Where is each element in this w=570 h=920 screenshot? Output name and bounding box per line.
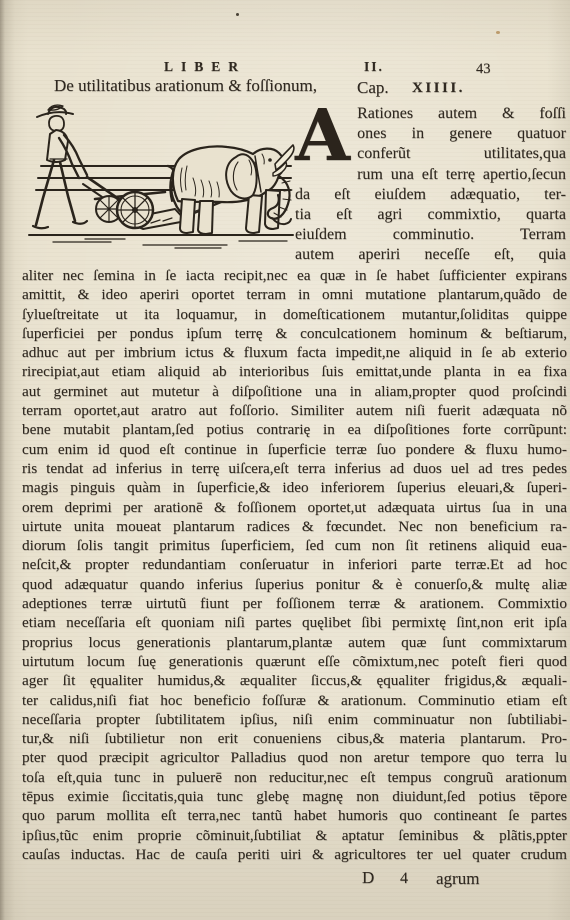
text-line: tia eſt agri commixtio, quarta bbox=[295, 205, 566, 225]
book-page: LIBER II. 43 De utilitatibus arationum &… bbox=[0, 0, 570, 920]
ground bbox=[29, 235, 293, 248]
text-line: diorum ſolis tangit primitus ſuperficiem… bbox=[22, 536, 567, 555]
text-line: da eſt eiuſdem adæquatio, ter- bbox=[295, 185, 566, 205]
text-line: ſuperficiei per pondus ipſum terrę & con… bbox=[22, 324, 567, 343]
body-text-block: aliter nec ſemina in ſe iacta recipit,ne… bbox=[22, 266, 567, 864]
text-line: uirtute unita moueat plantarum radices &… bbox=[22, 517, 567, 536]
ink-speck bbox=[236, 13, 239, 16]
text-line: pter quod præcipit agricultor Palladius … bbox=[22, 748, 567, 767]
text-line: aut germinet aut mutetur à diſpoſitione … bbox=[22, 382, 567, 401]
text-line: neſcit,& propter redundantiam conſeruatu… bbox=[22, 555, 567, 574]
foxing-spot bbox=[496, 31, 500, 34]
running-head-book-numeral: II. bbox=[364, 59, 384, 75]
text-line: tur,& niſi ſubtilietur non erit conuenie… bbox=[22, 729, 567, 748]
text-line: orem deprimi per arationē & foſſionem op… bbox=[22, 498, 567, 517]
text-line: quod adæquatur quando inferius ſuperius … bbox=[22, 575, 567, 594]
text-line: amittit, & ideo aperiri oportet terram i… bbox=[22, 285, 567, 304]
text-line: proprius locus generationis plantarum,pl… bbox=[22, 633, 567, 652]
text-line: magis pinguis quàm in ſuperficie,& ideo … bbox=[22, 478, 567, 497]
text-line: ter calidus,niſi fiat hoc beneficio foſſ… bbox=[22, 691, 567, 710]
text-line: ager ſit ęqualiter humidus,& æqualiter ſ… bbox=[22, 671, 567, 690]
text-line: adeptiones terræ uirtutũ fiunt per foſſi… bbox=[22, 594, 567, 613]
text-line: cum enim id quod eſt continue in ſuperfi… bbox=[22, 440, 567, 459]
signature-number: 4 bbox=[400, 870, 408, 888]
text-line: rirecipiat,aut etiam aliquid ab interior… bbox=[22, 362, 567, 381]
catchword: agrum bbox=[436, 869, 479, 889]
elephant-plough-woodcut bbox=[25, 102, 297, 252]
text-line: adhuc aut per imbrium ictus & fluxum fac… bbox=[22, 343, 567, 362]
text-line: toſa eſt,quia tunc in puluerē non reduci… bbox=[22, 768, 567, 787]
foxing-spot bbox=[536, 428, 539, 431]
text-line: cauſas inductas. Hac de cauſa periti uir… bbox=[22, 845, 567, 864]
text-line: etiam neceſſaria eſt quoniam niſi partes… bbox=[22, 613, 567, 632]
chapter-cap-numeral: XIIII. bbox=[412, 80, 465, 97]
intro-paragraph: A Rationes autem & foſſi ones in genere … bbox=[295, 104, 566, 266]
chapter-cap-label: Cap. bbox=[357, 78, 389, 98]
folio-page-number: 43 bbox=[476, 61, 491, 78]
text-line: ris tendat ad inferius in terrę uiſcera,… bbox=[22, 459, 567, 478]
text-line: ipſius,tũc enim proprie cõminuit,ſubtili… bbox=[22, 826, 567, 845]
drop-cap-initial: A bbox=[295, 105, 350, 167]
text-line: autem aperiri neceſſe eſt, quia bbox=[295, 245, 566, 265]
running-head-liber: LIBER bbox=[164, 59, 246, 75]
ploughman-figure bbox=[33, 107, 87, 228]
chapter-title: De utilitatibus arationum & foſſionum, bbox=[54, 76, 317, 96]
text-line: ſylueſtreitate ut ita loquamur, in domeſ… bbox=[22, 305, 567, 324]
text-line: neceſſaria propter ſubtilitatem ipſius, … bbox=[22, 710, 567, 729]
text-line: aliter nec ſemina in ſe iacta recipit,ne… bbox=[22, 266, 567, 285]
signature-letter: D bbox=[362, 868, 374, 888]
text-line: tēpus eximie ſiccitatis,quia tunc glebę … bbox=[22, 787, 567, 806]
text-line: bene mutabit plantam,ſed potius contrari… bbox=[22, 420, 567, 439]
text-line: quo parum mollita eſt terra,nec tantũ ha… bbox=[22, 806, 567, 825]
text-line: terram oportet,aut aratro aut foſſorio. … bbox=[22, 401, 567, 420]
text-line: eiuſdem comminutio. Terram bbox=[295, 225, 566, 245]
text-line: uirtutum locum ſuę generationis quærunt … bbox=[22, 652, 567, 671]
